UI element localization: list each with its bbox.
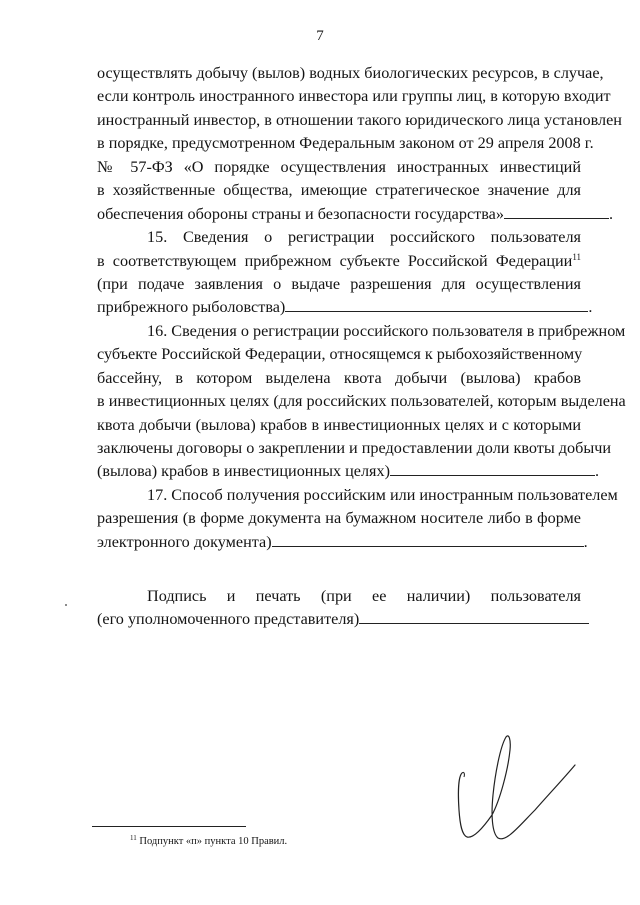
paragraph-item-16: 16. Сведения о регистрации российского п… bbox=[97, 320, 581, 484]
period: . bbox=[588, 298, 592, 316]
text-line: в инвестиционных целях (для российских п… bbox=[97, 390, 581, 413]
paragraph-continuation: осуществлять добычу (вылов) водных биоло… bbox=[97, 62, 581, 226]
document-body: осуществлять добычу (вылов) водных биоло… bbox=[97, 62, 581, 554]
text-fragment: прибрежного рыболовства) bbox=[97, 298, 285, 316]
text-line: если контроль иностранного инвестора или… bbox=[97, 85, 581, 108]
text-line: разрешения (в форме документа на бумажно… bbox=[97, 507, 581, 530]
footnote-reference[interactable]: 11 bbox=[572, 252, 581, 262]
text-line-with-blank: электронного документа). bbox=[97, 531, 581, 554]
text-line: заключены договоры о закреплении и предо… bbox=[97, 437, 581, 460]
text-fragment: (его уполномоченного представителя) bbox=[97, 610, 359, 628]
text-fragment: в соответствующем прибрежном субъекте Ро… bbox=[97, 252, 572, 270]
text-line: в хозяйственные общества, имеющие страте… bbox=[97, 179, 581, 202]
text-fragment: электронного документа) bbox=[97, 533, 272, 551]
text-fragment: обеспечения обороны страны и безопасност… bbox=[97, 205, 504, 223]
text-line: 15. Сведения о регистрации российского п… bbox=[97, 226, 581, 249]
fill-in-blank[interactable] bbox=[272, 532, 584, 547]
text-line: 16. Сведения о регистрации российского п… bbox=[97, 320, 581, 343]
footnote-number: 11 bbox=[130, 834, 137, 842]
text-line-with-footnote: в соответствующем прибрежном субъекте Ро… bbox=[97, 250, 581, 273]
fill-in-blank[interactable] bbox=[390, 461, 595, 476]
text-line-with-blank: прибрежного рыболовства). bbox=[97, 296, 581, 319]
fill-in-blank[interactable] bbox=[504, 204, 609, 219]
signature-block: Подпись и печать (при ее наличии) пользо… bbox=[97, 585, 581, 632]
fill-in-blank[interactable] bbox=[285, 297, 588, 312]
scan-speck bbox=[65, 604, 67, 606]
footnote-text: Подпункт «п» пункта 10 Правил. bbox=[139, 836, 287, 847]
text-line: осуществлять добычу (вылов) водных биоло… bbox=[97, 62, 581, 85]
text-line: квота добычи (вылова) крабов в инвестици… bbox=[97, 414, 581, 437]
handwritten-signature bbox=[440, 725, 590, 850]
signature-line: (его уполномоченного представителя) bbox=[97, 608, 581, 631]
period: . bbox=[609, 205, 613, 223]
text-line: бассейну, в котором выделена квота добыч… bbox=[97, 367, 581, 390]
footnote: 11 Подпункт «п» пункта 10 Правил. bbox=[130, 836, 287, 848]
text-line: 17. Способ получения российским или инос… bbox=[97, 484, 581, 507]
page-number: 7 bbox=[0, 27, 640, 45]
text-line: (при подаче заявления о выдаче разрешени… bbox=[97, 273, 581, 296]
period: . bbox=[595, 462, 599, 480]
text-line-with-blank: (вылова) крабов в инвестиционных целях). bbox=[97, 460, 581, 483]
footnote-separator bbox=[92, 826, 246, 827]
signature-blank[interactable] bbox=[359, 609, 589, 624]
paragraph-item-17: 17. Способ получения российским или инос… bbox=[97, 484, 581, 554]
text-line: № 57-ФЗ «О порядке осуществления иностра… bbox=[97, 156, 581, 179]
text-line: субъекте Российской Федерации, относящем… bbox=[97, 343, 581, 366]
text-line: в порядке, предусмотренном Федеральным з… bbox=[97, 132, 581, 155]
text-fragment: (вылова) крабов в инвестиционных целях) bbox=[97, 462, 390, 480]
text-line-with-blank: обеспечения обороны страны и безопасност… bbox=[97, 203, 581, 226]
signature-label: Подпись и печать (при ее наличии) пользо… bbox=[97, 585, 581, 608]
paragraph-item-15: 15. Сведения о регистрации российского п… bbox=[97, 226, 581, 320]
text-line: иностранный инвестор, в отношении такого… bbox=[97, 109, 581, 132]
period: . bbox=[584, 533, 588, 551]
